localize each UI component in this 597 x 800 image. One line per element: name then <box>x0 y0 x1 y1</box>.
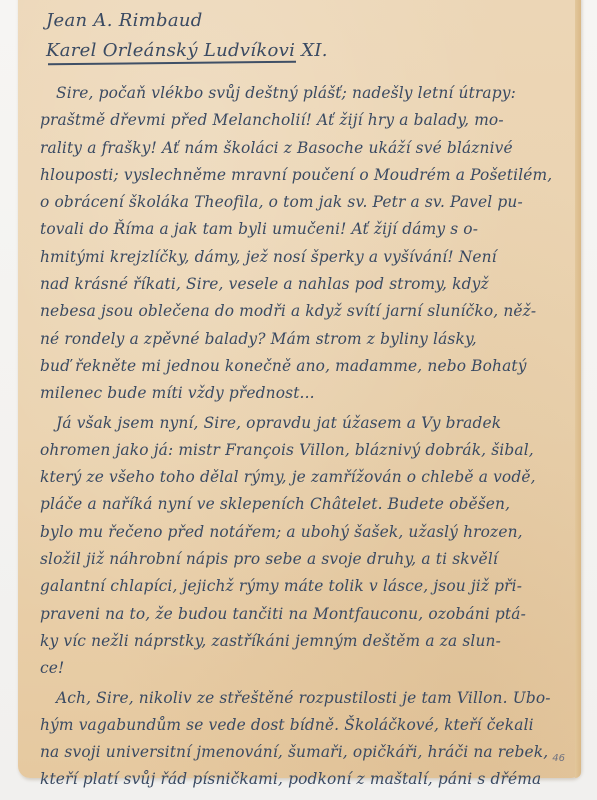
text-line: bylo mu řečeno před notářem; a ubohý šaš… <box>40 519 580 546</box>
text-line: o obrácení školáka Theofila, o tom jak s… <box>40 189 580 216</box>
text-line: hým vagabundům se vede dost bídně. Školá… <box>40 712 580 739</box>
text-line: ohromen jako já: mistr François Villon, … <box>40 437 580 464</box>
text-line: nebesa jsou oblečena do modři a když sví… <box>40 298 580 325</box>
text-line: rality a frašky! Ať nám školáci z Basoch… <box>40 135 580 162</box>
paragraph-1: Sire, počaň vlékbo svůj deštný plášť; na… <box>40 80 580 408</box>
paragraph-2: Já však jsem nyní, Sire, opravdu jat úža… <box>40 410 580 683</box>
text-line: buď řekněte mi jednou konečně ano, madam… <box>40 353 580 380</box>
text-line: nad krásné říkati, Sire, vesele a nahlas… <box>40 271 580 298</box>
text-line: praštmě dřevmi před Melancholií! Ať žijí… <box>40 107 580 134</box>
author-line: Jean A. Rimbaud <box>46 8 328 34</box>
manuscript-body: Sire, počaň vlékbo svůj deštný plášť; na… <box>40 80 580 794</box>
text-line: Ach, Sire, nikoliv ze střeštěné rozpusti… <box>40 685 580 712</box>
text-line: hlouposti; vyslechněme mravní poučení o … <box>40 162 580 189</box>
text-line: hmitými krejzlíčky, dámy, jež nosí šperk… <box>40 244 580 271</box>
text-line: praveni na to, že budou tančiti na Montf… <box>40 601 580 628</box>
text-line: na svoji universitní jmenování, šumaři, … <box>40 739 580 766</box>
text-line: ky víc nežli náprstky, zastříkáni jemným… <box>40 628 580 655</box>
text-line: ce! <box>40 655 580 682</box>
text-line: kteří platí svůj řád písničkami, podkoní… <box>40 766 580 793</box>
text-line: Já však jsem nyní, Sire, opravdu jat úža… <box>40 410 580 437</box>
page-header: Jean A. Rimbaud Karel Orleánský Ludvíkov… <box>46 8 328 64</box>
text-line: né rondely a zpěvné balady? Mám strom z … <box>40 326 580 353</box>
text-line: milenec bude míti vždy přednost... <box>40 380 580 407</box>
text-line: Sire, počaň vlékbo svůj deštný plášť; na… <box>40 80 580 107</box>
text-line: pláče a naříká nyní ve sklepeních Châtel… <box>40 491 580 518</box>
text-line: galantní chlapíci, jejichž rýmy máte tol… <box>40 573 580 600</box>
text-line: tovali do Říma a jak tam byli umučeni! A… <box>40 216 580 243</box>
manuscript-page: Jean A. Rimbaud Karel Orleánský Ludvíkov… <box>18 0 581 778</box>
text-line: který ze všeho toho dělal rýmy, je zamří… <box>40 464 580 491</box>
paragraph-3: Ach, Sire, nikoliv ze střeštěné rozpusti… <box>40 685 580 794</box>
text-line: složil již náhrobní nápis pro sebe a svo… <box>40 546 580 573</box>
page-number: 46 <box>552 753 565 764</box>
